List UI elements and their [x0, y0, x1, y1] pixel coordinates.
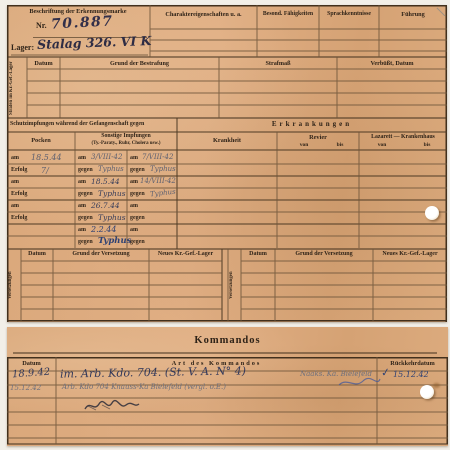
traits-header-sprachen: Sprachkenntnisse: [319, 11, 379, 17]
lazarett-bis-label: bis: [412, 142, 442, 148]
revier-bis-label: bis: [325, 142, 355, 148]
am-label: am: [78, 203, 86, 209]
erfolg-label: Erfolg: [11, 191, 27, 197]
impf-a1-am: 3/VIII-42: [91, 153, 122, 161]
kommandos-card: Kommandos Datum Art des Kommandos Rückke…: [7, 327, 448, 446]
am-label: am: [130, 203, 138, 209]
lazarett-header: Lazarett — Krankenhaus: [359, 134, 447, 140]
gegen-label: gegen: [130, 239, 145, 245]
am-label: am: [11, 179, 19, 185]
impf-a4-gegen: Typhus: [98, 236, 131, 246]
am-label: am: [78, 227, 86, 233]
transfers-left-header-datum: Datum: [21, 251, 53, 257]
krankheit-header: Krankheit: [177, 137, 277, 144]
traits-header-faehigkeiten: Besond. Fähigkeiten: [257, 11, 319, 17]
am-label: am: [130, 227, 138, 233]
erfolg-label: Erfolg: [11, 167, 27, 173]
am-label: am: [130, 155, 138, 161]
pocken-erfolg-value: 7/: [41, 166, 49, 175]
gegen-label: gegen: [78, 239, 93, 245]
am-label: am: [130, 179, 138, 185]
pow-record-card: Beschriftung der Erkennungsmarke Nr. 70.…: [7, 5, 447, 322]
impf-a3-am: 26.7.44: [91, 201, 120, 210]
pocken-header: Pocken: [7, 137, 75, 144]
paper-tear-mark: [433, 383, 440, 388]
punishments-side-label: Strafen im Kr.-Gef.-Lager: [8, 59, 26, 117]
nr-label: Nr.: [36, 21, 47, 30]
am-label: am: [78, 155, 86, 161]
kommando-row2-art: Arb. Kdo 704 Knauss-Ka Bielefeld (vergl.…: [62, 383, 226, 391]
transfers-left-header-grund: Grund der Versetzung: [53, 251, 149, 257]
gegen-label: gegen: [78, 191, 93, 197]
illegible-scribble: [82, 397, 142, 415]
ruled-grid-main: [7, 5, 447, 322]
impf-b1-am: 7/VIII-42: [142, 153, 173, 161]
transfers-left-header-lager: Neues Kr.-Gef.-Lager: [149, 251, 222, 257]
gegen-label: gegen: [78, 215, 93, 221]
gegen-label: gegen: [130, 215, 145, 221]
lazarett-von-label: von: [367, 142, 397, 148]
punch-hole: [425, 206, 439, 220]
transfers-side-label-left: Versetzungen: [7, 251, 20, 319]
pocken-am-value: 18.5.44: [31, 153, 62, 162]
punch-hole: [420, 385, 434, 399]
punishments-header-grund: Grund der Bestrafung: [60, 60, 219, 67]
kommando-row1-rueckkehr: 15.12.42: [393, 370, 429, 379]
impf-b2-am: 14/VIII-42: [140, 177, 176, 185]
punishments-header-strafmass: Strafmaß: [219, 60, 337, 67]
gegen-label: gegen: [130, 167, 145, 173]
impf-b1-gegen: Typhus: [150, 165, 176, 173]
transfers-side-label-right: Versetzungen: [228, 251, 241, 319]
erfolg-label: Erfolg: [11, 215, 27, 221]
impf-a4-am: 2.2.44: [91, 225, 116, 234]
gegen-label: gegen: [130, 191, 145, 197]
impf-a2-am: 18.5.44: [91, 177, 120, 186]
impf-a1-gegen: Typhus: [98, 165, 124, 173]
gegen-label: gegen: [78, 167, 93, 173]
punishments-header-verbuesst: Verbüßt, Datum: [337, 60, 447, 67]
transfers-right-header-lager: Neues Kr.-Gef.-Lager: [373, 251, 447, 257]
sonstige-header: Sonstige Impfungen: [75, 133, 177, 139]
impf-a3-gegen: Typhus: [98, 213, 126, 222]
impf-a2-gegen: Typhus: [98, 189, 126, 198]
illnesses-title: Erkrankungen: [177, 120, 447, 128]
revier-von-label: von: [289, 142, 319, 148]
kommando-row2-datum: 15.12.42: [10, 384, 41, 392]
traits-header-fuehrung: Führung: [379, 11, 447, 18]
kommandos-title: Kommandos: [7, 335, 448, 346]
id-box-title: Beschriftung der Erkennungsmarke: [9, 8, 147, 15]
scanned-pow-record: Beschriftung der Erkennungsmarke Nr. 70.…: [0, 0, 450, 450]
revier-header: Revier: [277, 134, 359, 141]
traits-header-charakter: Charaktereigenschaften u. a.: [150, 11, 257, 18]
am-label: am: [11, 203, 19, 209]
punishments-header-datum: Datum: [27, 60, 60, 67]
transfers-right-header-grund: Grund der Versetzung: [275, 251, 373, 257]
am-label: am: [11, 155, 19, 161]
transfers-right-header-datum: Datum: [241, 251, 275, 257]
am-label: am: [78, 179, 86, 185]
sonstige-subheader: (Ty.-Paraty., Ruhr, Cholera usw.): [75, 141, 177, 146]
blue-flourish-scribble: [337, 375, 382, 391]
lager-label: Lager:: [11, 43, 34, 52]
vaccinations-title: Schutzimpfungen während der Gefangenscha…: [10, 121, 176, 127]
nr-value-handwriting: 70.887: [51, 13, 114, 32]
